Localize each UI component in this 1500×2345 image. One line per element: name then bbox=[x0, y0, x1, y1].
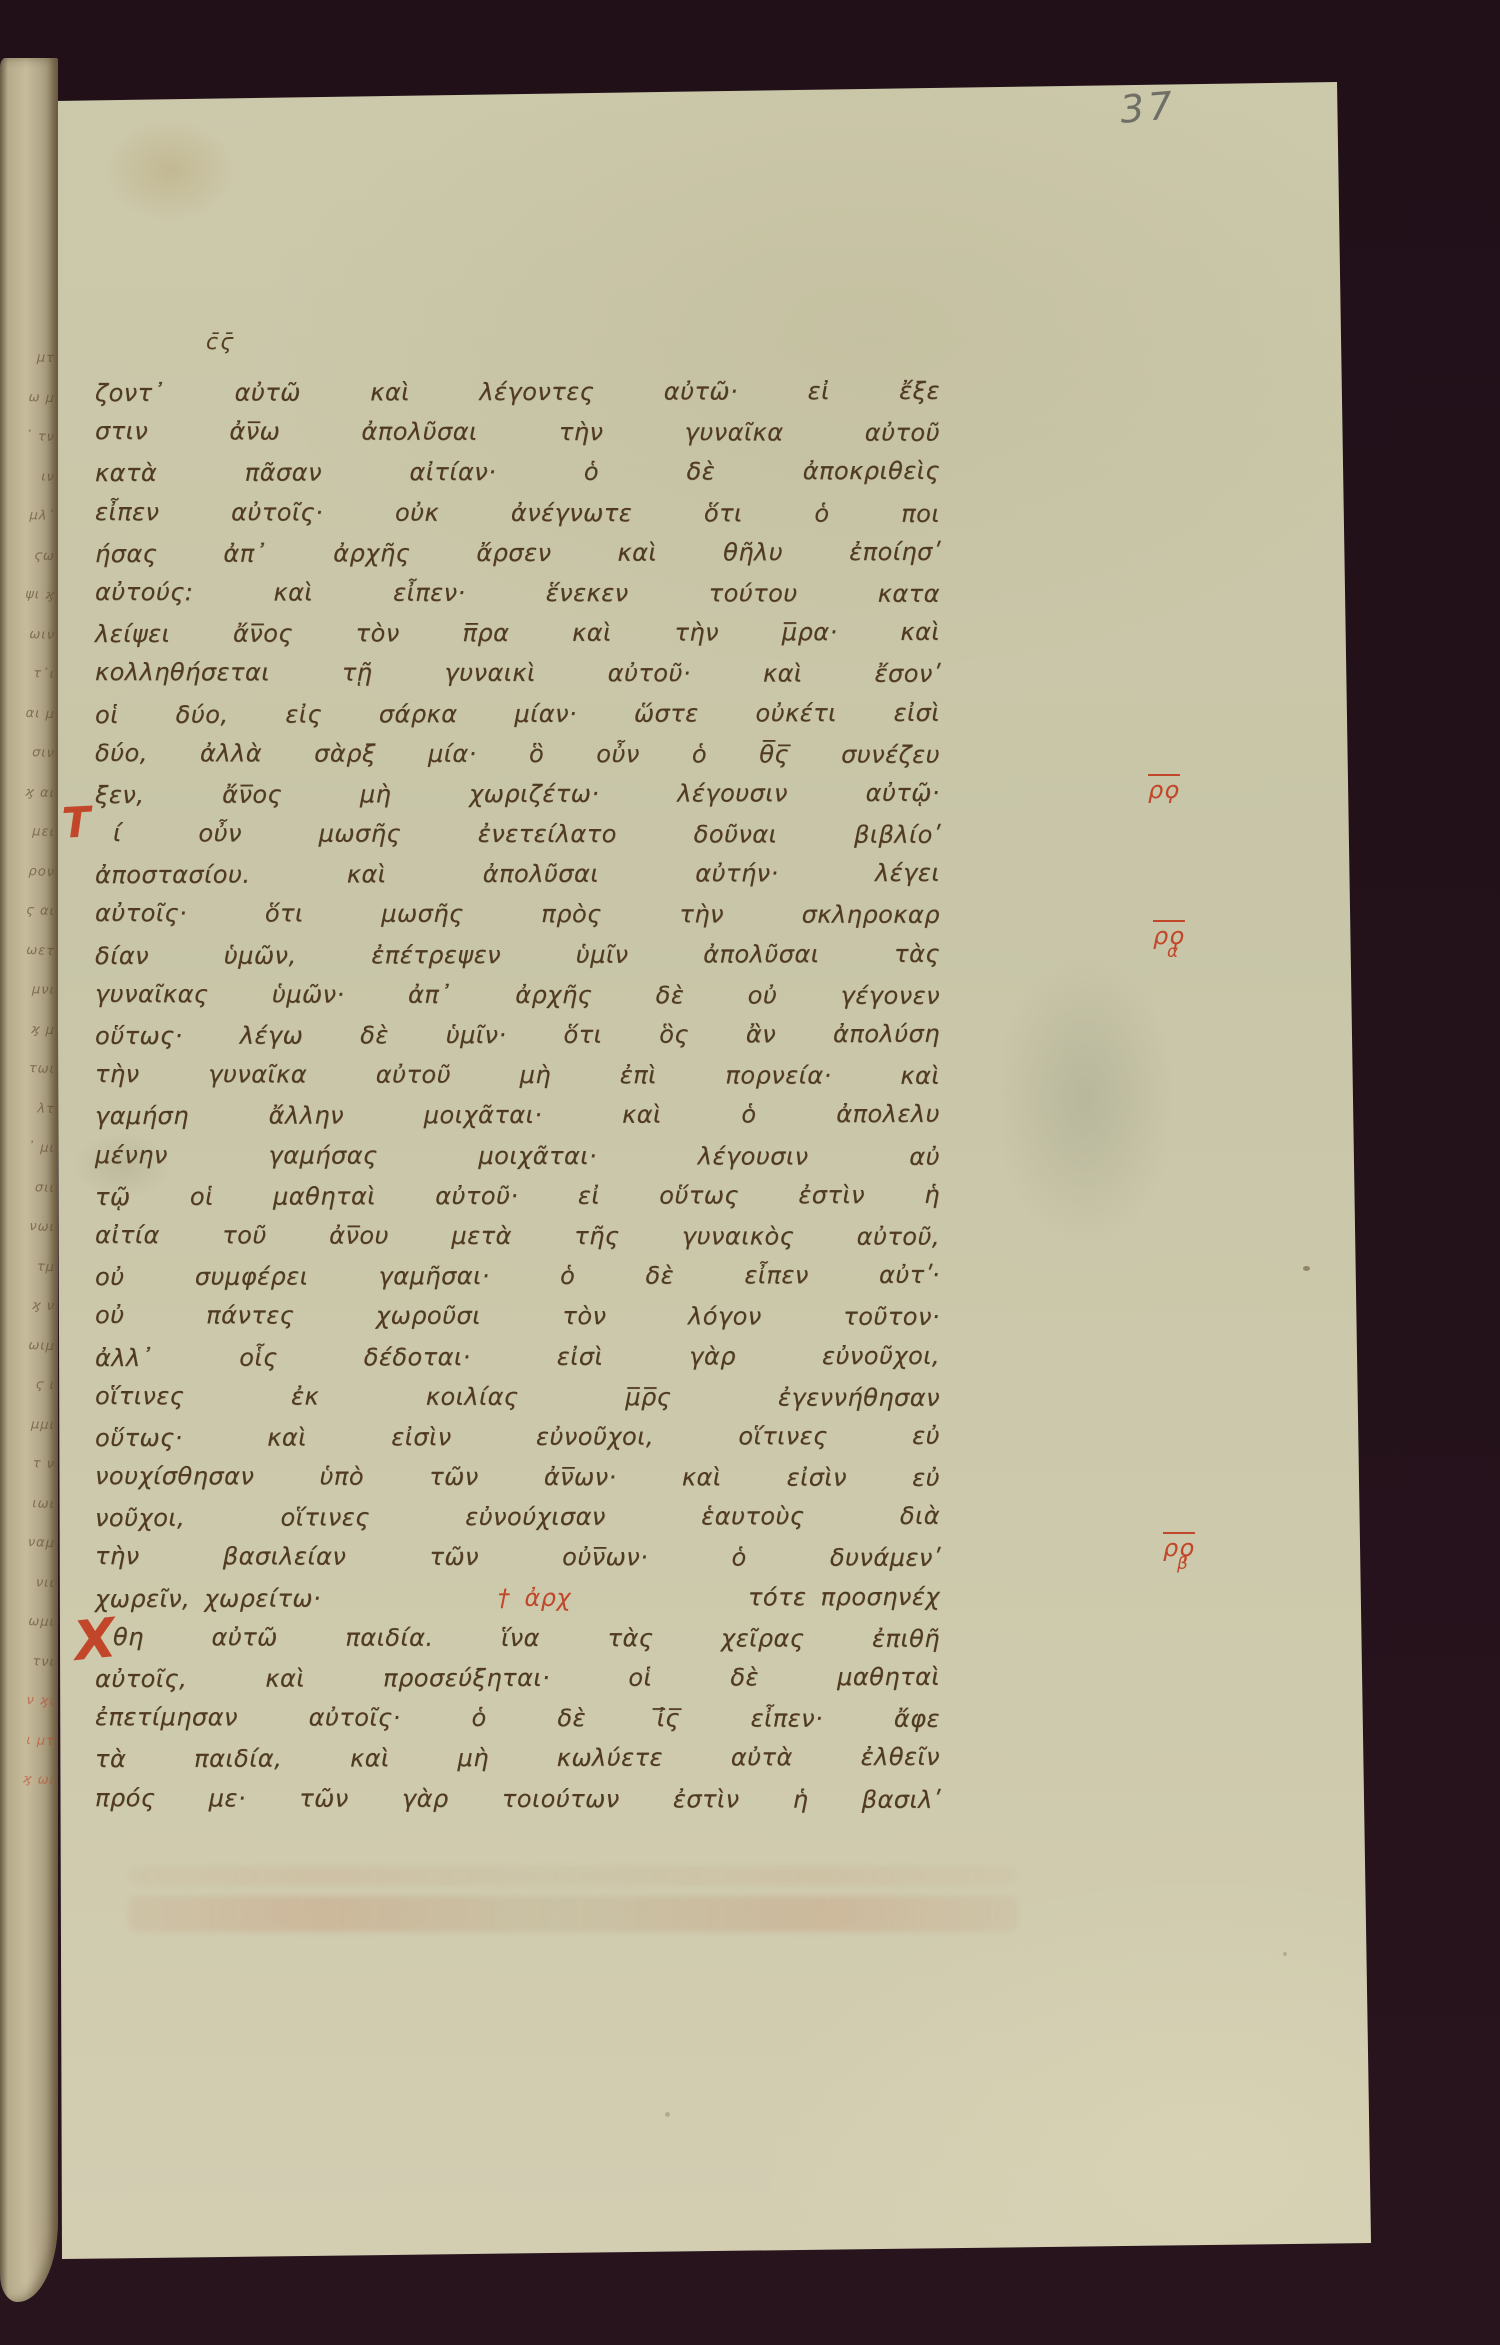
neighbor-edge-rubric-fragment: ν ϗι bbox=[2, 1680, 56, 1721]
neighbor-edge-text-fragment: μει bbox=[2, 811, 56, 852]
text-line: δίαν ὑμῶν, ἐπέτρεψεν ὑμῖν ἀπολῦσαι τὰς bbox=[95, 934, 940, 976]
neighbor-edge-text-fragment: ϛω bbox=[2, 534, 56, 575]
neighbor-edge-text-fragment: σιι bbox=[2, 1166, 56, 1207]
offset-ghost-text bbox=[128, 1896, 1018, 1932]
neighbor-edge-text-fragment: ω μ bbox=[2, 376, 56, 417]
text-line: οὕτως· καὶ εἰσὶν εὐνοῦχοι, οἵτινες εὐ bbox=[95, 1416, 940, 1458]
text-line: θη αὐτῶ παιδία. ἵνα τὰς χεῖρας ἐπιθῆ bbox=[95, 1617, 940, 1659]
neighbor-edge-text-fragment: ᾽ μι bbox=[2, 1127, 56, 1168]
text-line: μένην γαμήσας μοιχᾶται· λέγουσιν αὐ bbox=[95, 1135, 940, 1177]
neighbor-edge-text-fragment: ϗ αι bbox=[2, 771, 56, 812]
text-line: οὕτως· λέγω δὲ ὑμῖν· ὅτι ὃς ἂν ἀπολύση bbox=[95, 1014, 940, 1056]
neighbor-edge-text-fragment: ωμι bbox=[2, 1601, 56, 1642]
text-block: ζοντ᾽ αὐτῶ καὶ λέγοντες αὐτῶ· εἰ ἔξεστιν… bbox=[95, 372, 940, 1819]
text-line: τὴν γυναῖκα αὐτοῦ μὴ ἐπὶ πορνεία· καὶ bbox=[95, 1054, 940, 1096]
neighbor-edge-text-fragment: τ ν bbox=[2, 1443, 56, 1484]
text-line: οἵτινες ἐκ κοιλίας μ̅ρ̅ς ἐγεννήθησαν bbox=[95, 1376, 940, 1418]
neighbor-edge-text-fragment: τνι bbox=[2, 1640, 56, 1681]
text-line: ζοντ᾽ αὐτῶ καὶ λέγοντες αὐτῶ· εἰ ἔξε bbox=[95, 371, 940, 413]
neighbor-edge-text-fragment: μμι bbox=[2, 1403, 56, 1444]
stain-speck bbox=[1283, 1952, 1287, 1956]
text-line: ήσας ἀπ᾽ ἀρχῆς ἄρσεν καὶ θῆλυ ἐποίησʹ bbox=[95, 532, 940, 574]
section-number-value: ρϙ bbox=[1148, 776, 1180, 804]
margin-section-number: ρϙ β bbox=[1163, 1536, 1195, 1573]
text-line: γυναῖκας ὑμῶν· ἀπ᾽ ἀρχῆς δὲ οὐ γέγονεν bbox=[95, 974, 940, 1016]
neighbor-edge-text-fragment: ϛ αι bbox=[2, 890, 56, 931]
text-line: οὐ συμφέρει γαμῆσαι· ὁ δὲ εἶπεν αὐτʹ· bbox=[95, 1255, 940, 1297]
neighbor-edge-text-fragment: τμ bbox=[2, 1245, 56, 1286]
text-line: οἱ δύο, εἰς σάρκα μίαν· ὥστε οὐκέτι εἰσὶ bbox=[95, 692, 940, 734]
text-line: αἰτία τοῦ ἀν̅ου μετὰ τῆς γυναικὸς αὐτοῦ, bbox=[95, 1215, 940, 1257]
neighbor-edge-text-fragment: ιν bbox=[2, 455, 56, 496]
rubric-lection-note: † ἀρχ bbox=[498, 1577, 571, 1617]
text-line: εἶπεν αὐτοῖς· οὐκ ἀνέγνωτε ὅτι ὁ ποι bbox=[95, 492, 940, 534]
neighbor-edge-text-fragment: ᾽ τν bbox=[2, 416, 56, 457]
text-line: τὰ παιδία, καὶ μὴ κωλύετε αὐτὰ ἐλθεῖν bbox=[95, 1737, 940, 1779]
text-line: οὐ πάντες χωροῦσι τὸν λόγον τοῦτον· bbox=[95, 1295, 940, 1337]
text-line: νοῦχοι, οἵτινες εὐνούχισαν ἑαυτοὺς διὰ bbox=[95, 1496, 940, 1538]
text-line: τῷ οἱ μαθηταὶ αὐτοῦ· εἰ οὕτως ἐστὶν ἡ bbox=[95, 1175, 940, 1217]
text-line: πρός με· τῶν γὰρ τοιούτων ἐστὶν ἡ βασιλʹ bbox=[95, 1778, 940, 1820]
neighbor-edge-text-fragment: νιι bbox=[2, 1561, 56, 1602]
text-line: κατὰ πᾶσαν αἰτίαν· ὁ δὲ ἀποκριθεὶς bbox=[95, 451, 940, 493]
neighbor-edge-text-fragment: ωιμ bbox=[2, 1324, 56, 1365]
neighbor-edge-text-fragment: ιωι bbox=[2, 1482, 56, 1523]
neighbor-edge-text-fragment: ϗ ν bbox=[2, 1285, 56, 1326]
section-header-mark: ϲ̄ϛ̄ bbox=[206, 330, 235, 355]
text-line: ί οὖν μωσῆς ἐνετείλατο δοῦναι βιβλίοʹ bbox=[95, 813, 940, 855]
neighbor-edge-text-fragment: μλ᾽ bbox=[2, 495, 56, 536]
neighbor-edge-text-fragment: τωι bbox=[2, 1048, 56, 1089]
rubric-initial-tau: Τ bbox=[61, 797, 92, 847]
text-line: δύο, ἀλλὰ σὰρξ μία· ὃ οὖν ὁ θ̅ς̅ συνέζευ bbox=[95, 733, 940, 775]
text-line: αὐτούς: καὶ εἶπεν· ἕνεκεν τούτου κατα bbox=[95, 572, 940, 614]
neighbor-edge-text-fragment: λτ bbox=[2, 1087, 56, 1128]
text-line: στιν ἀν̅ω ἀπολῦσαι τὴν γυναῖκα αὐτοῦ bbox=[95, 411, 940, 453]
text-line: χωρεῖν, χωρείτω·† ἀρχτότε προσηνέχ bbox=[95, 1577, 940, 1619]
stain-speck bbox=[1303, 1266, 1310, 1271]
stain-speck bbox=[665, 2112, 670, 2117]
neighbor-edge-rubric-fragment: ι μτ bbox=[2, 1719, 56, 1760]
neighbor-edge-text-fragment: μτ bbox=[2, 337, 56, 378]
text-line: ἐπετίμησαν αὐτοῖς· ὁ δὲ ἰ̅ς̅ εἶπεν· ἄφε bbox=[95, 1697, 940, 1739]
neighbor-edge-text-fragment: μνι bbox=[2, 969, 56, 1010]
folio-number: 37 bbox=[1118, 80, 1211, 132]
neighbor-edge-text-fragment: αι μ bbox=[2, 692, 56, 733]
text-line: νουχίσθησαν ὑπὸ τῶν ἀν̅ων· καὶ εἰσὶν εὐ bbox=[95, 1456, 940, 1498]
neighbor-edge-text-fragment: σιν bbox=[2, 732, 56, 773]
text-line: ἀλλ᾽ οἷς δέδοται· εἰσὶ γὰρ εὐνοῦχοι, bbox=[95, 1335, 940, 1377]
neighbor-edge-text-fragment: ϛ ι bbox=[2, 1364, 56, 1405]
neighbor-edge-text-fragment: ωετ bbox=[2, 929, 56, 970]
text-line: γαμήση ἄλλην μοιχᾶται· καὶ ὁ ἀπολελυ bbox=[95, 1094, 940, 1136]
neighbor-edge-text-fragment: νωι bbox=[2, 1206, 56, 1247]
text-line: κολληθήσεται τῇ γυναικὶ αὐτοῦ· καὶ ἔσονʹ bbox=[95, 652, 940, 694]
text-line: αὐτοῖς, καὶ προσεύξηται· οἱ δὲ μαθηταὶ bbox=[95, 1657, 940, 1699]
neighbor-edge-rubric-fragment: ϗ ωι bbox=[2, 1759, 56, 1800]
manuscript-photo: μτω μ᾽ τνινμλ᾽ϛωψι ϗωιντ᾽ιαι μσινϗ αιμει… bbox=[0, 0, 1500, 2345]
neighbor-edge-text-fragment: ϗ μ bbox=[2, 1008, 56, 1049]
margin-section-number: ρϙ bbox=[1148, 778, 1180, 798]
neighbor-edge-text-fragment: ρον bbox=[2, 850, 56, 891]
neighbor-folio-edge: μτω μ᾽ τνινμλ᾽ϛωψι ϗωιντ᾽ιαι μσινϗ αιμει… bbox=[0, 58, 58, 2302]
text-line: λείψει ἄν̅ος τὸν π̅ρα καὶ τὴν μ̅ρα· καὶ bbox=[95, 612, 940, 654]
text-line: τὴν βασιλείαν τῶν οὐν̅ων· ὁ δυνάμενʹ bbox=[95, 1537, 940, 1579]
margin-section-number: ρϙ α bbox=[1153, 924, 1185, 961]
text-line: αὐτοῖς· ὅτι μωσῆς πρὸς τὴν σκληροκαρ bbox=[95, 894, 940, 936]
neighbor-edge-text-fragment: τ᾽ι bbox=[2, 653, 56, 694]
neighbor-edge-text-fragment: ψι ϗ bbox=[2, 574, 56, 615]
offset-ghost-text bbox=[128, 1866, 1018, 1886]
rubric-initial-chi: Χ bbox=[71, 1606, 119, 1673]
text-line: ξεν, ἄν̅ος μὴ χωριζέτω· λέγουσιν αὐτῷ· bbox=[95, 773, 940, 815]
neighbor-edge-text-fragment: ναμ bbox=[2, 1522, 56, 1563]
text-line-segment: χωρεῖν, χωρείτω· bbox=[95, 1578, 321, 1619]
text-line: ἀποστασίου. καὶ ἀπολῦσαι αὐτήν· λέγει bbox=[95, 853, 940, 895]
neighbor-edge-text-fragment: ωιν bbox=[2, 613, 56, 654]
text-line-segment: τότε προσηνέχ bbox=[748, 1577, 940, 1618]
